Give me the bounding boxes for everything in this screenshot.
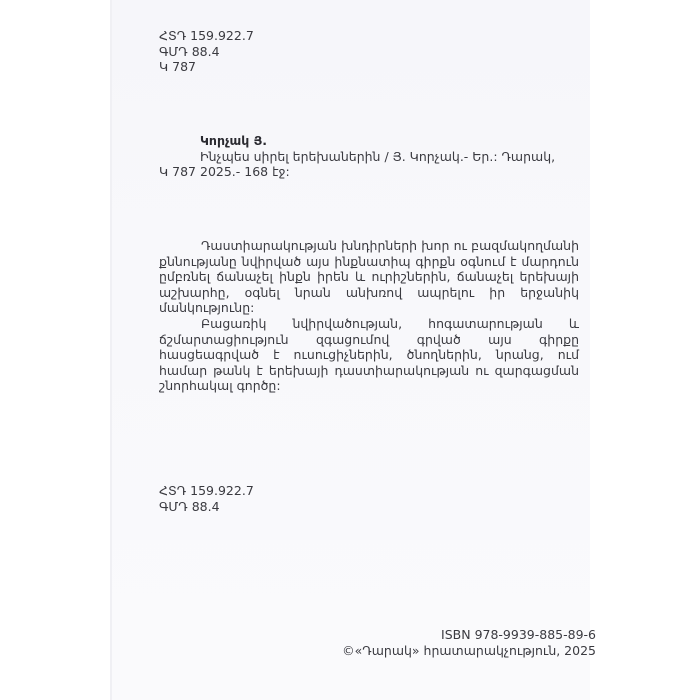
classification-codes-top: ՀՏԴ 159.922.7 ԳՄԴ 88.4 Կ 787 <box>159 28 254 75</box>
hdt-code: ՀՏԴ 159.922.7 <box>159 28 254 44</box>
catalog-title: Ինչպես սիրել երեխաներին / Յ. Կորչակ.- Եր… <box>200 149 620 165</box>
catalog-publication: 2025.- 168 էջ: <box>200 164 290 180</box>
copyright-notice: ©«Դարակ» հրատարակչություն, 2025 <box>342 643 596 659</box>
classification-codes-bottom: ՀՏԴ 159.922.7 ԳՄԴ 88.4 <box>159 483 254 514</box>
gmd-code: ԳՄԴ 88.4 <box>159 499 254 515</box>
hdt-code: ՀՏԴ 159.922.7 <box>159 483 254 499</box>
annotation-paragraph: Բացառիկ նվիրվածության, հոգատարության և ճ… <box>159 316 579 394</box>
book-annotation: Դաստիարակության խնդիրների խոր ու բազմակո… <box>159 238 579 394</box>
author-mark: Կ 787 <box>159 59 254 75</box>
page-edge <box>110 0 112 700</box>
annotation-paragraph: Դաստիարակության խնդիրների խոր ու բազմակո… <box>159 238 579 316</box>
catalog-author: Կորչակ Յ. <box>200 133 620 149</box>
gmd-code: ԳՄԴ 88.4 <box>159 44 254 60</box>
catalog-call-number: Կ 787 <box>159 164 200 180</box>
isbn: ISBN 978-9939-885-89-6 <box>342 627 596 643</box>
imprint: ISBN 978-9939-885-89-6 ©«Դարակ» հրատարակ… <box>342 627 596 659</box>
catalog-publication-row: Կ 787 2025.- 168 էջ: <box>159 164 579 180</box>
catalog-record: Կորչակ Յ. Ինչպես սիրել երեխաներին / Յ. Կ… <box>159 133 579 180</box>
